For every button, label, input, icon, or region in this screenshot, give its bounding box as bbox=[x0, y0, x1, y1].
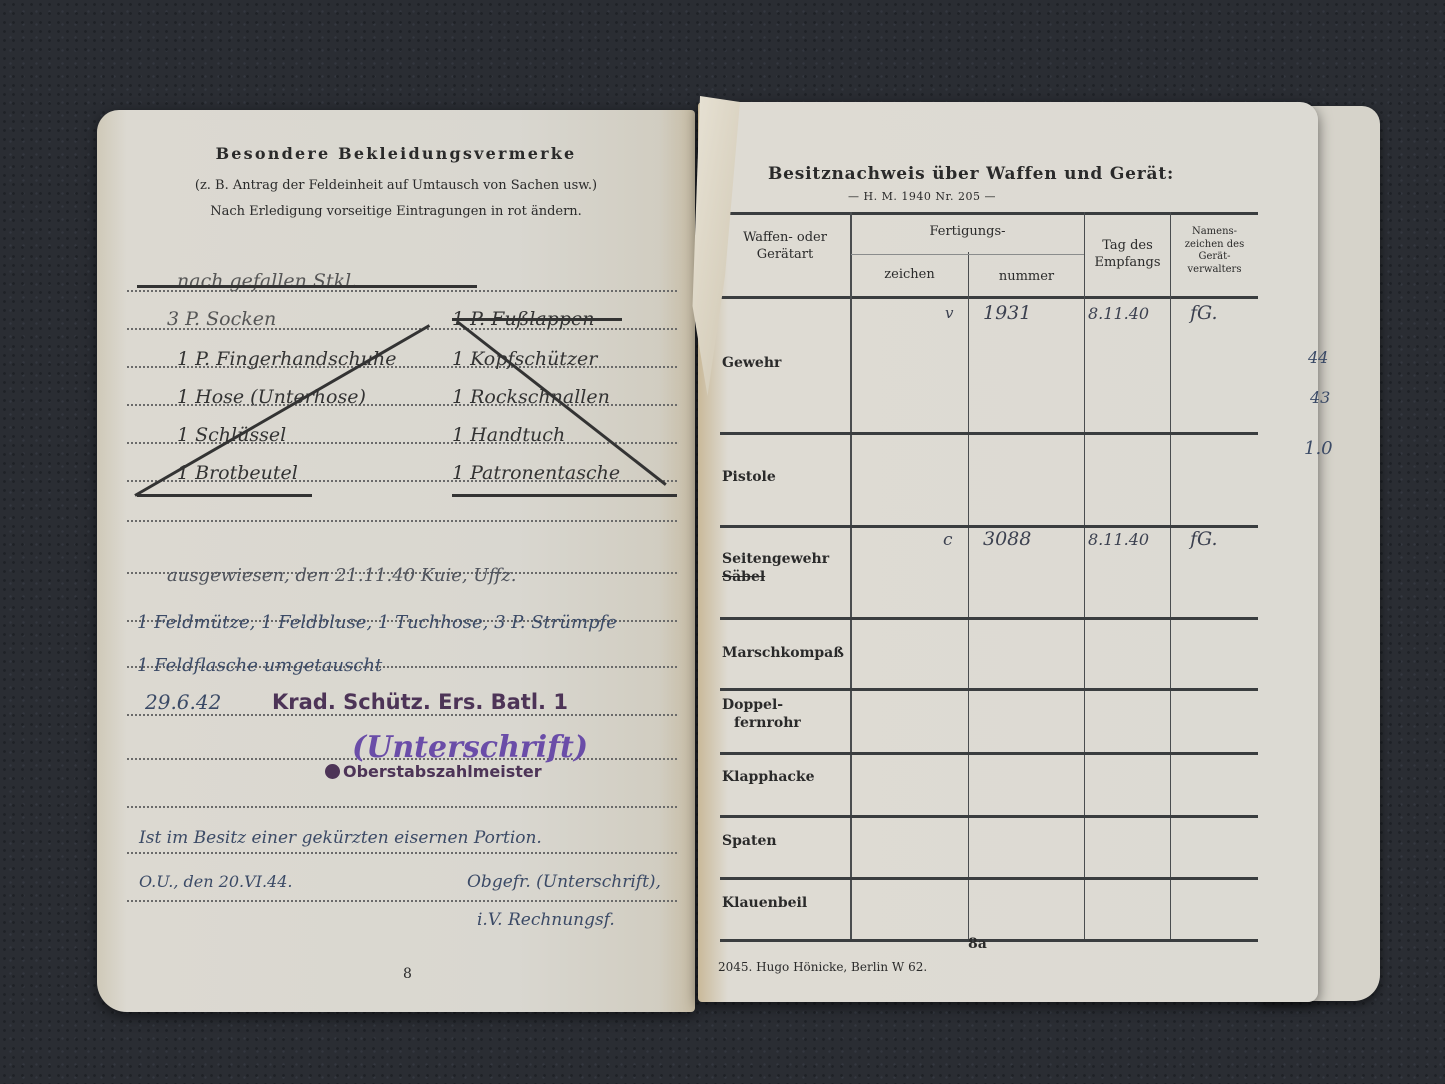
crossed-left-4: 1 Schlüssel bbox=[177, 424, 286, 446]
paymaster-stamp: Oberstabszahlmeister bbox=[325, 762, 542, 781]
header-nummer: nummer bbox=[969, 269, 1084, 286]
row-label-marschkompass: Marschkompaß bbox=[722, 644, 844, 662]
entry1-line3: 1 Feldflasche umgetauscht bbox=[137, 655, 382, 676]
left-page-subtitle: (z. B. Antrag der Feldeinheit auf Umtaus… bbox=[97, 178, 695, 193]
eagle-seal-icon bbox=[325, 764, 340, 779]
entry2-signature1: Obgefr. (Unterschrift), bbox=[467, 872, 661, 892]
crossed-right-5: 1 Patronentasche bbox=[452, 462, 620, 484]
margin-note-1: 44 bbox=[1308, 348, 1328, 367]
right-page-title: Besitznachweis über Waffen und Gerät: bbox=[768, 164, 1174, 184]
header-zeichen: zeichen bbox=[851, 267, 968, 284]
entry2-signature2: i.V. Rechnungsf. bbox=[477, 910, 615, 930]
strike-line-top bbox=[137, 285, 477, 288]
row-label-klauenbeil: Klauenbeil bbox=[722, 894, 807, 912]
entry1-date: 29.6.42 bbox=[145, 690, 221, 714]
crossed-right-3: 1 Rockschnallen bbox=[452, 386, 610, 408]
header-namens: Namens- zeichen des Gerät- verwalters bbox=[1171, 226, 1258, 276]
unit-stamp: Krad. Schütz. Ers. Batl. 1 bbox=[272, 690, 568, 714]
row-label-spaten: Spaten bbox=[722, 832, 777, 850]
left-page-title: Besondere Bekleidungsvermerke bbox=[97, 144, 695, 163]
paymaster-title: Oberstabszahlmeister bbox=[343, 762, 542, 781]
cell-gewehr-namens: fG. bbox=[1190, 302, 1218, 324]
strike-line-right-top bbox=[452, 318, 622, 321]
crossed-right-2: 1 Kopfschützer bbox=[452, 348, 597, 370]
row-label-doppel: Doppel- bbox=[722, 696, 801, 714]
cell-seitengewehr-tag: 8.11.40 bbox=[1088, 530, 1149, 549]
entry1-line2: 1 Feldmütze, 1 Feldbluse, 1 Tuchhose, 3 … bbox=[137, 612, 617, 633]
cell-seitengewehr-zeichen: c bbox=[943, 530, 953, 550]
strike-line-bottom-left bbox=[137, 494, 312, 497]
strike-line-bottom-right bbox=[452, 494, 677, 497]
header-tag: Tag des Empfangs bbox=[1085, 238, 1170, 272]
printer-imprint: 2045. Hugo Hönicke, Berlin W 62. bbox=[718, 960, 927, 974]
row-label-seitengewehr-text: Seitengewehr bbox=[722, 550, 829, 568]
crossed-header: nach gefallen Stkl. bbox=[177, 270, 357, 292]
cell-seitengewehr-nummer: 3088 bbox=[983, 528, 1031, 550]
right-page: Besitznachweis über Waffen und Gerät: — … bbox=[698, 102, 1318, 1002]
row-label-klapphacke: Klapphacke bbox=[722, 768, 815, 786]
entry1-line1: ausgewiesen, den 21.11.40 Kuie, Uffz. bbox=[167, 565, 516, 586]
left-page: Besondere Bekleidungsvermerke (z. B. Ant… bbox=[97, 110, 695, 1012]
crossed-right-4: 1 Handtuch bbox=[452, 424, 565, 446]
row-label-gewehr: Gewehr bbox=[722, 354, 781, 372]
cell-gewehr-nummer: 1931 bbox=[983, 302, 1031, 324]
crossed-left-5: 1 Brotbeutel bbox=[177, 462, 298, 484]
row-label-saebel-struck: Säbel bbox=[722, 568, 829, 586]
row-label-doppelfernrohr: Doppel- fernrohr bbox=[722, 696, 801, 732]
header-type: Waffen- oder Gerätart bbox=[720, 230, 850, 264]
header-fertigungs: Fertigungs- bbox=[851, 224, 1084, 241]
crossed-left-2: 1 P. Fingerhandschuhe bbox=[177, 348, 396, 370]
cell-gewehr-zeichen: v bbox=[945, 304, 953, 322]
regulation-reference: — H. M. 1940 Nr. 205 — bbox=[848, 190, 996, 203]
entry2-line1: Ist im Besitz einer gekürzten eisernen P… bbox=[139, 828, 542, 848]
cell-gewehr-tag: 8.11.40 bbox=[1088, 304, 1149, 323]
crossed-left-1: 3 P. Socken bbox=[167, 308, 276, 330]
right-page-number: 8a bbox=[968, 936, 987, 952]
left-page-instruction: Nach Erledigung vorseitige Eintragungen … bbox=[97, 204, 695, 219]
entry1-signature: (Unterschrift) bbox=[352, 730, 588, 765]
entry2-line2: O.U., den 20.VI.44. bbox=[139, 872, 293, 891]
cell-seitengewehr-namens: fG. bbox=[1190, 528, 1218, 550]
crossed-left-3: 1 Hose (Unterhose) bbox=[177, 386, 366, 408]
weapons-table: Waffen- oder Gerätart Fertigungs- zeiche… bbox=[720, 212, 1258, 942]
row-label-seitengewehr: Seitengewehr Säbel bbox=[722, 550, 829, 586]
row-label-pistole: Pistole bbox=[722, 468, 776, 486]
margin-note-2: 43 bbox=[1310, 388, 1330, 407]
left-page-number: 8 bbox=[403, 966, 412, 982]
margin-note-3: 1.0 bbox=[1304, 438, 1333, 459]
row-label-fernrohr: fernrohr bbox=[722, 714, 801, 732]
